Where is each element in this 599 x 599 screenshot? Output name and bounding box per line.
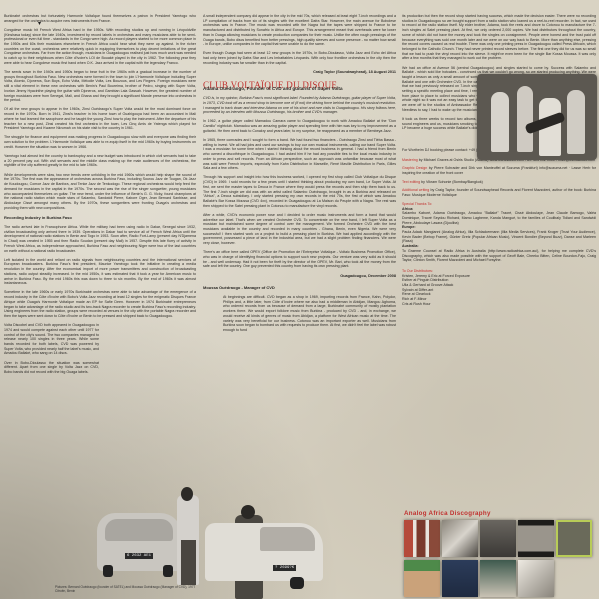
paragraph: Even though Ouaga had seen at least 12 n…: [203, 51, 396, 65]
album-cover: [404, 520, 440, 557]
paragraph: In 1962, a guitar player called Mamadou …: [203, 119, 396, 133]
paragraph: A small independent company did appear i…: [203, 14, 396, 47]
paragraph: The seeds sown in the 1940s and 1950s be…: [4, 70, 196, 103]
column-middle: A small independent company did appear i…: [203, 14, 396, 337]
paragraph: Of all the new groups to appear in the 1…: [4, 107, 196, 131]
signature-craig-taylor: Craig Taylor (Soundwayhead), 18 August 2…: [203, 70, 396, 75]
intro-paragraph: Burkinabé orchestras but fortunately Har…: [4, 14, 196, 23]
credit-text-editing: Text editing by Vikram Sohonie (Bombay/B…: [402, 180, 596, 185]
album-cover: [518, 520, 554, 557]
paragraph: Through his support and insight into how…: [203, 175, 396, 208]
person-head: [181, 487, 193, 501]
discography-heading: Analog Africa Discography: [404, 510, 491, 517]
car-wheel: [290, 577, 304, 589]
credit-graphic-design: Graphic Design by Pierre Schrader and Di…: [402, 166, 596, 175]
car-window: [260, 527, 315, 551]
album-cover: [556, 520, 592, 557]
paragraph: While developments were slow, two new tr…: [4, 173, 196, 211]
license-plate: ? 2699?K: [273, 565, 296, 571]
decorative-mark: ▾: [38, 20, 41, 27]
person-legs: [181, 540, 196, 585]
distributor-item: Cris at Rush Hour: [402, 302, 596, 307]
intro-italic: CVD is, in my opinion, Burkina Faso's mo…: [203, 96, 396, 115]
paragraph: Over in Bobo-Dioulasso the situation was…: [4, 361, 99, 375]
person-head: [241, 505, 255, 519]
signature-date: Ouagadougou, December 2008: [203, 274, 396, 279]
paragraph: Left isolated in the world and reliant o…: [4, 258, 196, 286]
paragraph: After a while, CVD's economic power rose…: [203, 213, 396, 246]
paragraph: Volta Discobel and CVD both appeared in …: [4, 323, 99, 356]
paragraph: There's an office here called OPEV (Offi…: [203, 250, 396, 269]
paragraph: its production but then the record shop …: [402, 14, 596, 61]
column-right: its production but then the record shop …: [402, 14, 596, 307]
thanks-australia: To Graeme Counsel at Radio Africa in Aus…: [402, 249, 596, 263]
band-member: [517, 86, 533, 152]
paragraph: The struggle for finance and equipment w…: [4, 135, 196, 149]
album-cover: [442, 520, 478, 557]
photo-caption: Pictures: Bernard Ouédraogo (founder of …: [55, 585, 205, 593]
license-plate: 6 2632 AE1: [125, 553, 153, 559]
band-photo: [477, 74, 597, 160]
column-left: Burkinabé orchestras but fortunately Har…: [4, 14, 196, 379]
album-cover: [480, 560, 516, 597]
thanks-europe: Paula Adack Mangianni (Analog Africa), I…: [402, 230, 596, 244]
album-cover: [442, 560, 478, 597]
album-cover: [404, 560, 440, 597]
paragraph: Sometime in the late 1960s or early 1970…: [4, 290, 196, 318]
moussa-heading: Moussa Ouédraogo - Manager of CVD: [203, 286, 396, 291]
thanks-africa: Salambo Kaboré, Adama Ouédraogo, Amadou …: [402, 211, 596, 225]
band-member: [567, 90, 585, 154]
credit-additional-writing: Additional writing by Craig Taylor, foun…: [402, 188, 596, 197]
band-member: [491, 92, 509, 152]
paragraph: In 1965, three comrades and I sought to …: [203, 138, 396, 171]
car-photo-left: 6 2632 AE1: [95, 495, 205, 585]
paragraph: At beginnings are difficult. CVD began a…: [203, 295, 396, 333]
paragraph: Congolese music hit French West Africa h…: [4, 28, 196, 66]
car-wheel: [103, 565, 113, 577]
paragraph: The radio arrived late in Francophone Af…: [4, 225, 196, 253]
car-photo-middle: ? 2699?K: [205, 505, 325, 599]
paragraph: Yaméogo had almost led the country to ba…: [4, 154, 196, 168]
section-heading-recording-industry: Recording Industry in Burkina Faso: [4, 216, 196, 221]
club-subtitle: Adama Ouédraogo, Founder of CVD and guit…: [203, 87, 396, 92]
car-window: [105, 519, 173, 541]
album-cover: [480, 520, 516, 557]
car-wheel: [163, 565, 173, 577]
album-cover: [518, 560, 554, 597]
